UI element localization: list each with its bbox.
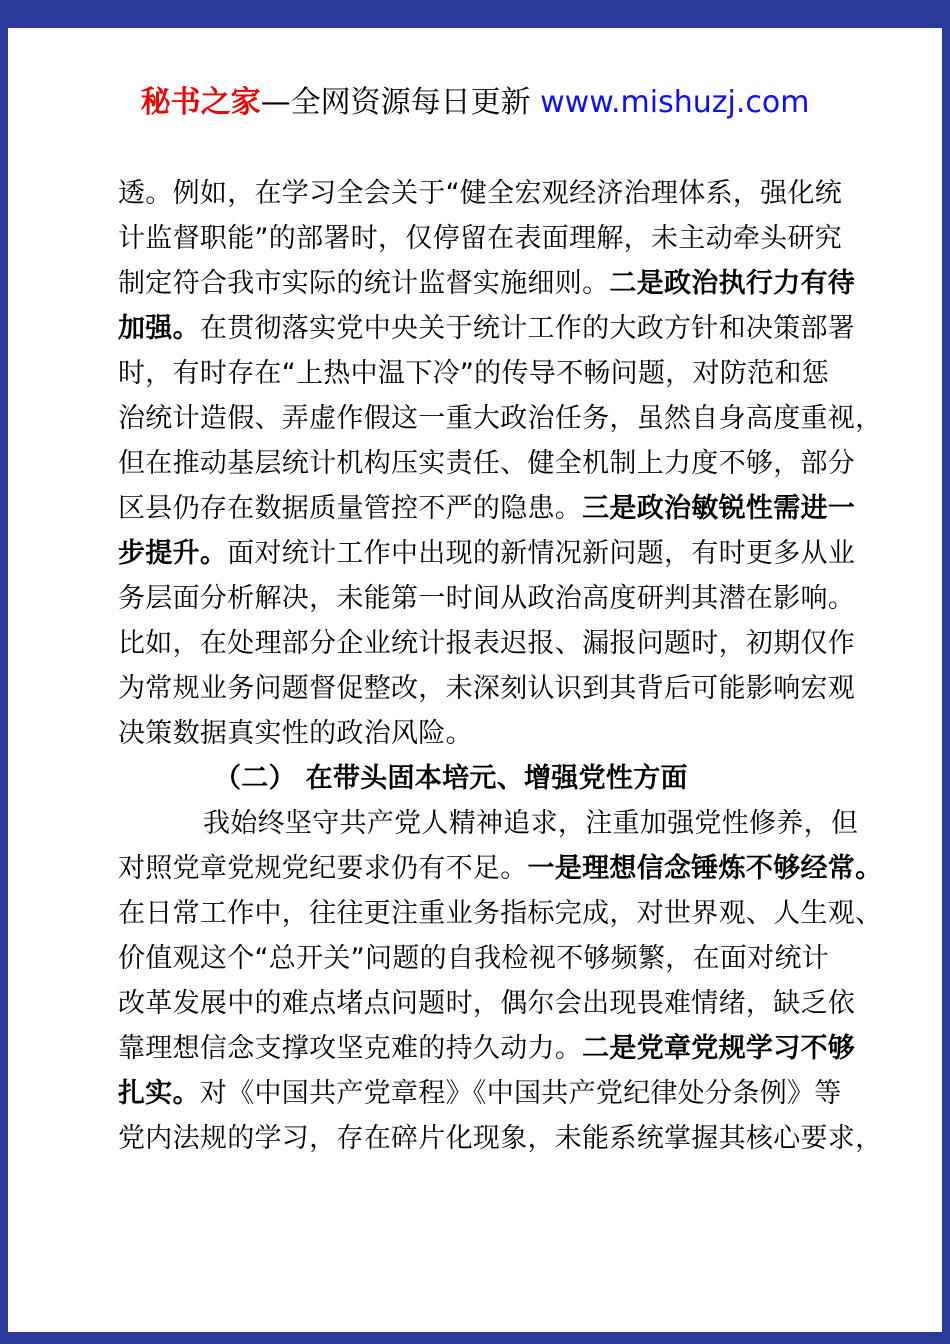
- text-run: 透。例如，在学习全会关于“健全宏观经济治理体系，强化统: [118, 178, 842, 209]
- bold-text-run: 二是政治执行力有待: [609, 268, 855, 299]
- bold-text-run: 三是政治敏锐性需进一: [582, 493, 855, 524]
- document-line: 务层面分析解决，未能第一时间从政治高度研判其潜在影响。: [118, 576, 856, 621]
- text-run: 务层面分析解决，未能第一时间从政治高度研判其潜在影响。: [118, 583, 855, 614]
- bold-text-run: 步提升。: [118, 538, 227, 569]
- document-line: 计监督职能”的部署时，仅停留在表面理解，未主动牵头研究: [118, 216, 856, 261]
- text-run: 价值观这个“总开关”问题的自我检视不够频繁，在面对统计: [118, 943, 829, 974]
- document-line: 制定符合我市实际的统计监督实施细则。二是政治执行力有待: [118, 261, 856, 306]
- text-run: 我始终坚守共产党人精神追求，注重加强党性修养，但: [203, 808, 858, 839]
- bold-text-run: 加强。: [118, 313, 200, 344]
- document-body: 透。例如，在学习全会关于“健全宏观经济治理体系，强化统计监督职能”的部署时，仅停…: [118, 171, 856, 1161]
- text-run: 比如，在处理部分企业统计报表迟报、漏报问题时，初期仅作: [118, 628, 855, 659]
- text-run: 对《中国共产党章程》《中国共产党纪律处分条例》等: [200, 1078, 842, 1109]
- document-line: 为常规业务问题督促整改，未深刻认识到其背后可能影响宏观: [118, 666, 856, 711]
- text-run: 对照党章党规党纪要求仍有不足。: [118, 853, 528, 884]
- bold-text-run: 扎实。: [118, 1078, 200, 1109]
- document-line: 步提升。面对统计工作中出现的新情况新问题，有时更多从业: [118, 531, 856, 576]
- bold-text-run: 二是党章党规学习不够: [582, 1033, 855, 1064]
- document-line: 在日常工作中，往往更注重业务指标完成，对世界观、人生观、: [118, 891, 856, 936]
- document-line: 扎实。对《中国共产党章程》《中国共产党纪律处分条例》等: [118, 1071, 856, 1116]
- page-background: 秘书之家—全网资源每日更新 www.mishuzj.com 透。例如，在学习全会…: [0, 0, 950, 1344]
- text-run: 区县仍存在数据质量管控不严的隐患。: [118, 493, 582, 524]
- document-line: 加强。在贯彻落实党中央关于统计工作的大政方针和决策部署: [118, 306, 856, 351]
- text-run: 制定符合我市实际的统计监督实施细则。: [118, 268, 609, 299]
- site-name: 秘书之家: [141, 85, 261, 120]
- document-line: 改革发展中的难点堵点问题时，偶尔会出现畏难情绪，缺乏依: [118, 981, 856, 1026]
- text-run: 计监督职能”的部署时，仅停留在表面理解，未主动牵头研究: [118, 223, 842, 254]
- text-run: 党内法规的学习，存在碎片化现象，未能系统掌握其核心要求，: [118, 1123, 882, 1154]
- site-tagline: 全网资源每日更新: [291, 85, 531, 120]
- document-line: 党内法规的学习，存在碎片化现象，未能系统掌握其核心要求，: [118, 1116, 856, 1161]
- text-run: 为常规业务问题督促整改，未深刻认识到其背后可能影响宏观: [118, 673, 855, 704]
- section-heading: （二） 在带头固本培元、增强党性方面: [118, 756, 856, 801]
- document-line: 治统计造假、弄虚作假这一重大政治任务，虽然自身高度重视，: [118, 396, 856, 441]
- bold-text-run: （二） 在带头固本培元、增强党性方面: [214, 763, 688, 794]
- text-run: 治统计造假、弄虚作假这一重大政治任务，虽然自身高度重视，: [118, 403, 882, 434]
- bold-text-run: 一是理想信念锤炼不够经常。: [528, 853, 883, 884]
- text-run: 在贯彻落实党中央关于统计工作的大政方针和决策部署: [200, 313, 855, 344]
- document-line: 透。例如，在学习全会关于“健全宏观经济治理体系，强化统: [118, 171, 856, 216]
- document-line: 比如，在处理部分企业统计报表迟报、漏报问题时，初期仅作: [118, 621, 856, 666]
- document-line: 对照党章党规党纪要求仍有不足。一是理想信念锤炼不够经常。: [118, 846, 856, 891]
- text-run: 但在推动基层统计机构压实责任、健全机制上力度不够，部分: [118, 448, 855, 479]
- document-line: 时，有时存在“上热中温下冷”的传导不畅问题，对防范和惩: [118, 351, 856, 396]
- text-run: 靠理想信念支撑攻坚克难的持久动力。: [118, 1033, 582, 1064]
- document-line: 但在推动基层统计机构压实责任、健全机制上力度不够，部分: [118, 441, 856, 486]
- text-run: 改革发展中的难点堵点问题时，偶尔会出现畏难情绪，缺乏依: [118, 988, 855, 1019]
- site-url-link[interactable]: www.mishuzj.com: [540, 85, 809, 120]
- site-header: 秘书之家—全网资源每日更新 www.mishuzj.com: [0, 83, 950, 123]
- text-run: 决策数据真实性的政治风险。: [118, 718, 473, 749]
- text-run: 面对统计工作中出现的新情况新问题，有时更多从业: [227, 538, 855, 569]
- document-line: 价值观这个“总开关”问题的自我检视不够频繁，在面对统计: [118, 936, 856, 981]
- document-line: 决策数据真实性的政治风险。: [118, 711, 856, 756]
- document-line: 我始终坚守共产党人精神追求，注重加强党性修养，但: [118, 801, 856, 846]
- header-space: [531, 85, 541, 120]
- header-separator: —: [261, 85, 291, 120]
- text-run: 在日常工作中，往往更注重业务指标完成，对世界观、人生观、: [118, 898, 882, 929]
- text-run: 时，有时存在“上热中温下冷”的传导不畅问题，对防范和惩: [118, 358, 829, 389]
- document-line: 区县仍存在数据质量管控不严的隐患。三是政治敏锐性需进一: [118, 486, 856, 531]
- document-line: 靠理想信念支撑攻坚克难的持久动力。二是党章党规学习不够: [118, 1026, 856, 1071]
